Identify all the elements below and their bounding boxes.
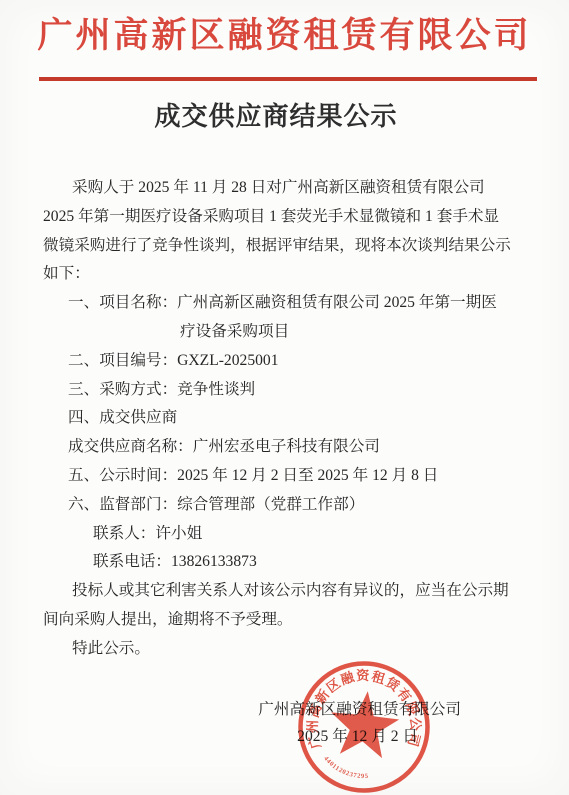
company-seal: 广州高新区融资租赁有限公司 4401120237295	[294, 657, 434, 795]
seal-serial-number: 4401120237295	[322, 755, 369, 780]
body-line-item-1: 一、项目名称：广州高新区融资租赁有限公司 2025 年第一期医	[43, 289, 523, 318]
body-line: 采购人于 2025 年 11 月 28 日对广州高新区融资租赁有限公司	[43, 174, 523, 203]
document-title: 成交供应商结果公示	[43, 101, 509, 133]
document-page: 广州高新区融资租赁有限公司 成交供应商结果公示 采购人于 2025 年 11 月…	[0, 0, 569, 795]
body-line-item-5: 五、公示时间：2025 年 12 月 2 日至 2025 年 12 月 8 日	[43, 462, 523, 491]
letterhead-divider	[39, 77, 537, 81]
document-body: 采购人于 2025 年 11 月 28 日对广州高新区融资租赁有限公司 2025…	[43, 174, 523, 664]
body-line-item-2: 二、项目编号：GXZL-2025001	[43, 347, 523, 376]
body-line: 如下：	[43, 260, 523, 289]
body-line-contact-phone: 联系电话：13826133873	[43, 548, 523, 577]
seal-star-icon	[327, 688, 402, 760]
svg-text:4401120237295: 4401120237295	[322, 755, 369, 780]
body-line: 投标人或其它利害关系人对该公示内容有异议的，应当在公示期	[43, 577, 523, 606]
body-line-item-1-wrap: 疗设备采购项目	[43, 318, 523, 347]
body-line-item-3: 三、采购方式：竞争性谈判	[43, 376, 523, 405]
body-line-closing: 特此公示。	[43, 635, 523, 664]
body-line: 2025 年第一期医疗设备采购项目 1 套荧光手术显微镜和 1 套手术显	[43, 203, 523, 232]
body-line-item-6: 六、监督部门：综合管理部（党群工作部）	[43, 491, 523, 520]
body-line-supplier-name: 成交供应商名称：广州宏丞电子科技有限公司	[43, 433, 523, 462]
body-line: 微镜采购进行了竞争性谈判，根据评审结果，现将本次谈判结果公示	[43, 232, 523, 261]
letterhead-company-name: 广州高新区融资租赁有限公司	[0, 12, 569, 60]
body-line-contact-person: 联系人：许小姐	[43, 520, 523, 549]
body-line-item-4: 四、成交供应商	[43, 404, 523, 433]
body-line: 间向采购人提出，逾期将不予受理。	[43, 606, 523, 635]
